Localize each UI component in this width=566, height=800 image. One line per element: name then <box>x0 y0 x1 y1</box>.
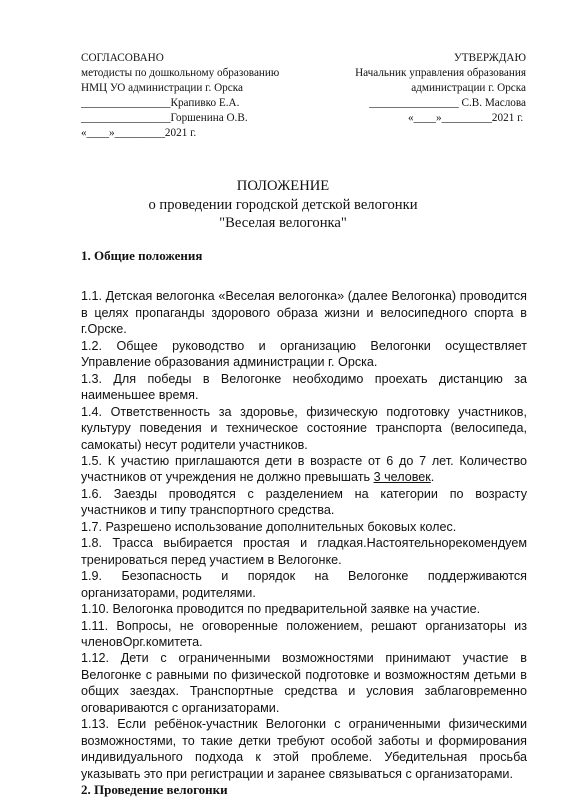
document-title: ПОЛОЖЕНИЕ о проведении городской детской… <box>0 177 566 233</box>
clause-1-2: 1.2. Общее руководство и организацию Вел… <box>81 338 527 371</box>
clause-1-9: 1.9. Безопасность и порядок на Велогонке… <box>81 568 527 601</box>
agreed-line: НМЦ УО администрации г. Орска <box>81 81 321 96</box>
clause-1-10: 1.10. Велогонка проводится по предварите… <box>81 601 527 617</box>
clause-1-1: 1.1. Детская велогонка «Веселая велогонк… <box>81 288 527 337</box>
clause-1-13: 1.13. Если ребёнок-участник Велогонки с … <box>81 716 527 782</box>
approved-date-line: «____»_________2021 г. <box>296 111 526 126</box>
spacer <box>81 264 527 288</box>
document-page: СОГЛАСОВАНО методисты по дошкольному обр… <box>0 0 566 800</box>
participant-limit: 3 человек <box>374 470 431 484</box>
document-title-main: ПОЛОЖЕНИЕ <box>0 177 566 196</box>
clause-1-5-end: . <box>431 470 435 484</box>
document-body: 1. Общие положения 1.1. Детская велогонк… <box>81 248 527 799</box>
clause-1-3: 1.3. Для победы в Велогонке необходимо п… <box>81 371 527 404</box>
clause-1-7: 1.7. Разрешено использование дополнитель… <box>81 519 527 535</box>
document-title-subtitle: о проведении городской детской велогонки <box>0 196 566 215</box>
approval-block-agreed: СОГЛАСОВАНО методисты по дошкольному обр… <box>81 51 321 142</box>
approved-title: УТВЕРЖДАЮ <box>296 51 526 66</box>
approval-block-approved: УТВЕРЖДАЮ Начальник управления образован… <box>296 51 526 126</box>
clause-1-4: 1.4. Ответственность за здоровье, физиче… <box>81 404 527 453</box>
section-heading: 1. Общие положения <box>81 248 527 264</box>
agreed-date-line: «____»_________2021 г. <box>81 126 321 141</box>
clause-1-12: 1.12. Дети с ограниченными возможностями… <box>81 650 527 716</box>
approved-signature-line: ________________ С.В. Маслова <box>296 96 526 111</box>
clause-1-5: 1.5. К участию приглашаются дети в возра… <box>81 453 527 486</box>
clause-1-11: 1.11. Вопросы, не оговоренные положением… <box>81 618 527 651</box>
approved-line: Начальник управления образования <box>296 66 526 81</box>
agreed-title: СОГЛАСОВАНО <box>81 51 321 66</box>
document-title-event-name: "Веселая велогонка" <box>0 214 566 233</box>
section-heading: 2. Проведение велогонки <box>81 782 527 798</box>
agreed-signature-line: ________________Крапивко Е.А. <box>81 96 321 111</box>
clause-1-6: 1.6. Заезды проводятся с разделением на … <box>81 486 527 519</box>
clause-1-8: 1.8. Трасса выбирается простая и гладкая… <box>81 535 527 568</box>
agreed-signature-line: ________________Горшенина О.В. <box>81 111 321 126</box>
clause-1-5-text: 1.5. К участию приглашаются дети в возра… <box>81 454 527 484</box>
approved-line: администрации г. Орска <box>296 81 526 96</box>
agreed-line: методисты по дошкольному образованию <box>81 66 321 81</box>
